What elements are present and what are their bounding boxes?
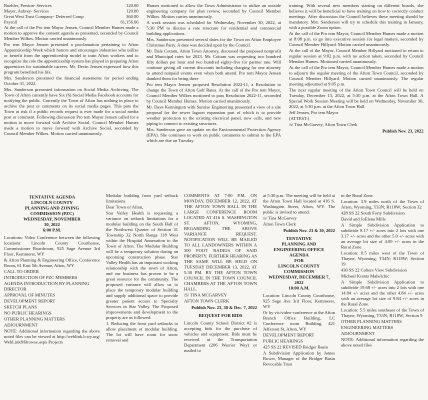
minutes-signature: Jeff Jensen, Pro tem Mayor(ATTEST:)/s/ T… (289, 110, 424, 128)
paragraph: At the call of the Pro tem Mayor, Counci… (289, 31, 424, 48)
para-block: at 5:30 p.m. The meeting will be held at… (263, 193, 335, 215)
caps-block: CALL TO ORDER (4, 269, 100, 275)
paragraph: At the call of the Pro tem Mayor Jensen,… (4, 25, 139, 42)
para-block: NOTE: Additional information regarding t… (4, 329, 100, 346)
para-block: 425 SS 22 REVISED Bridger Basin (263, 345, 335, 351)
caps-block: PUBLIC HEARINGS (263, 339, 335, 345)
notice-column-pzc-agenda: TENTATIVE AGENDA LINCOLN COUNTY PLANNING… (4, 193, 100, 368)
minutes-column-3: training. With several new members start… (289, 3, 424, 144)
pzc-agenda-title: TENTATIVE AGENDA LINCOLN COUNTY PLANNING… (5, 195, 99, 234)
planning-engineering-agenda-title: TENTATIVE PLANNING AND ENGINEERING OFFIC… (264, 236, 334, 291)
caps-block: DEVELOPMENT REPORT (263, 333, 335, 339)
para-block: & Afton Planning & Engineering Office, C… (4, 258, 100, 269)
para-block: Location: 0.5 miles west of the Town of … (341, 251, 424, 268)
para-block: COMMENTS AT 7:00 P.M. ON MONDAY, DECEMBE… (184, 193, 257, 292)
para-block: David and JoElena Mills (341, 217, 424, 223)
para-block: Michael Krantz Mahelchic (341, 274, 424, 280)
para-block: in the Rural Zone. (341, 193, 424, 199)
caps-block: OTHER PLANNING MATTERS (341, 319, 424, 325)
paragraph: A work session was scheduled for Wednesd… (147, 20, 282, 37)
paragraph: At the call of the Mayor, Council Member… (289, 48, 424, 65)
notice-column-variance-letter: Modular building from yard setback limit… (106, 193, 178, 368)
minutes-columns: Buehler, Preston- Services120.00Mayer, A… (4, 3, 424, 144)
paragraph: The next regular meeting of the Afton To… (289, 88, 424, 110)
paragraph: At the call of the Pro tem Mayor, Counci… (289, 65, 424, 87)
minutes-paragraphs-1: At the call of the Pro tem Mayor Jensen,… (4, 25, 139, 137)
paragraph: Mr. Dale Cottam, Afton Town Attorney, di… (147, 49, 282, 82)
caps-block: ADJOURNMENT (4, 323, 100, 329)
minutes-paragraphs-3: training. With several new members start… (289, 3, 424, 110)
paragraph: Mrs. Sanderson presented information on … (4, 87, 139, 137)
afton-town-council-minutes: Buehler, Preston- Services120.00Mayer, A… (4, 3, 424, 191)
notice-column-subdivisions: in the Rural Zone.Location: 3.9 miles no… (341, 193, 424, 368)
para-block: Lincoln County School District #2 is acc… (184, 321, 257, 354)
caps-block: NO PUBLIC HEARINGS (4, 311, 100, 317)
minutes-column-2: Humes motioned to allow the Town Adminis… (147, 3, 282, 144)
caps-block: SKETCH PLANS (4, 305, 100, 311)
public-legal-notices: TENTATIVE AGENDA LINCOLN COUNTY PLANNING… (4, 193, 424, 400)
request-for-bids-title: REQUEST FOR BIDS (185, 313, 256, 319)
para-block: A Simple Subdivision Application to subd… (341, 280, 424, 308)
para-block: A Subdivision Application by James Bower… (263, 351, 335, 368)
caps-block: AGENDA INTRODUCTION BY PLANNING DIRECTOR (4, 281, 100, 292)
paragraph: Pro tem Mayor Jensen presented a proclam… (4, 42, 139, 75)
paragraph: Mrs. Sanderson gave an update on the Env… (147, 127, 282, 144)
paragraph: Jeff Jensen, Pro tem Mayor (289, 110, 424, 116)
minutes-column-1: Buehler, Preston- Services120.00Mayer, A… (4, 3, 139, 144)
para-block: 428 SS 22 South Forty Subdivision (341, 211, 424, 217)
caps-block: APPROVAL OF MINUTES (4, 293, 100, 299)
line-block: /s/ Tina McGarvey (263, 216, 335, 222)
para-block: 1. Reducing the front yard setbacks to a… (106, 321, 178, 343)
paragraph: Mr. Dave Kennington with Sunrise Enginee… (147, 105, 282, 127)
line-block: /S/ TINA MCGARVEY (184, 293, 257, 299)
notice-column-variance-hearing: COMMENTS AT 7:00 P.M. ON MONDAY, DECEMBE… (184, 193, 257, 368)
caps-block: INTRODUCTION OF PZC MEMBERS (4, 275, 100, 281)
caps-block: OTHER PLANNING MATTERS (4, 317, 100, 323)
para-block: A Simple Subdivision Application to subd… (341, 223, 424, 251)
paragraph: (ATTEST:) (289, 116, 424, 122)
paragraph: Mrs. Sanderson presented the financial s… (4, 76, 139, 87)
para-block: Location: 3.9 miles north of the Town of… (341, 199, 424, 210)
caps-block: ENGINEERING MATTERS (341, 325, 424, 331)
paragraph: Mrs. Sanderson presented several dates f… (147, 37, 282, 48)
para-block: Modular building from yard setback limit… (106, 193, 178, 204)
paragraph: training. With several new members start… (289, 3, 424, 31)
newspaper-page: Buehler, Preston- Services120.00Mayer, A… (0, 0, 428, 400)
minutes-paragraphs-2: Humes motioned to allow the Town Adminis… (147, 3, 282, 144)
notice-column-commission-agenda: at 5:30 p.m. The meeting will be held at… (263, 193, 335, 368)
para-block: Or by vic/video-conference at the Afton … (263, 310, 335, 332)
para-block: Location: 5.5 miles southeast of the Tow… (341, 308, 424, 319)
line-block: Afton Town Clerk (263, 222, 335, 228)
paragraph: Humes motioned to allow the Town Adminis… (147, 3, 282, 20)
para-block: Dear Town of Afton, (106, 205, 178, 211)
para-block: Location: Lincoln County Courthouse, 925… (263, 293, 335, 310)
publish-date-minutes: Publish Nov. 23, 2022 (289, 129, 424, 135)
expense-list: Buehler, Preston- Services120.00Mayer, A… (4, 3, 139, 25)
para-block: Star Valley Health is requesting a varia… (106, 211, 178, 321)
publish-block: Publish Nov. 23, 30 & Dec. 7, 2022 (184, 305, 257, 311)
para-block: NOTE: Additional information regarding t… (341, 337, 424, 348)
notices-columns: TENTATIVE AGENDA LINCOLN COUNTY PLANNING… (4, 193, 424, 368)
paragraph: Pro tem Mayor Jensen proposed Resolution… (147, 82, 282, 104)
line-block: AFTON TOWN CLERK (184, 299, 257, 305)
paragraph: /s/ Tina McGarvey, Afton Town Clerk (289, 122, 424, 128)
caps-block: ADJOURNMENT (341, 331, 424, 337)
para-block: Locations: Video Conference between the … (4, 235, 100, 257)
publish-block: Publish Nov. 23 & 30, 2022 (263, 228, 335, 234)
caps-block: DEVELOPMENT REPORT (4, 299, 100, 305)
para-block: 430 SS 22 Colters View Subdivision (341, 268, 424, 274)
